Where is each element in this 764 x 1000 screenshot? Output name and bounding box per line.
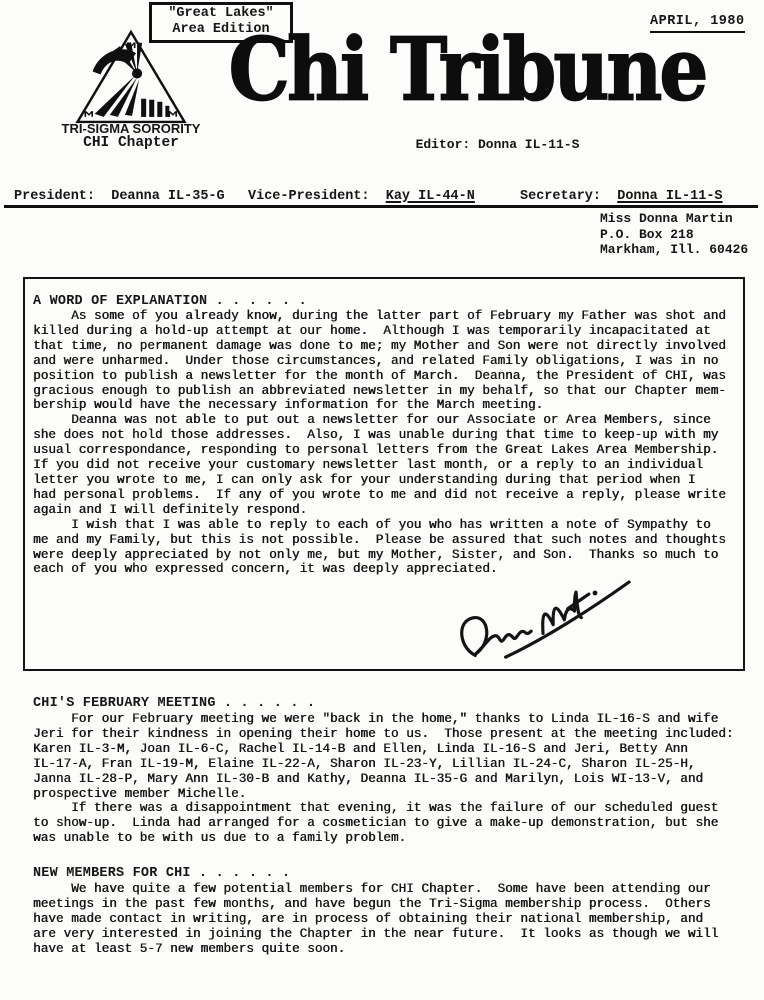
officer-president: President: Deanna IL-35-G	[14, 189, 225, 204]
section-heading-explanation: A WORD OF EXPLANATION . . . . . .	[33, 294, 739, 309]
editor-address: Miss Donna Martin P.O. Box 218 Markham, …	[600, 211, 748, 258]
section-heading-new-members: NEW MEMBERS FOR CHI . . . . . .	[33, 866, 755, 881]
newsletter-page: "Great Lakes" Area Edition APRIL, 1980 Σ…	[0, 0, 764, 1000]
secretary-label: Secretary:	[520, 189, 617, 204]
section-new-members: NEW MEMBERS FOR CHI . . . . . . We have …	[33, 866, 755, 957]
president-name: Deanna IL-35-G	[111, 189, 224, 204]
secretary-name: Donna IL-11-S	[617, 189, 722, 204]
signature-donna-martin	[443, 580, 643, 662]
section-heading-february-meeting: CHI'S FEBRUARY MEETING . . . . . .	[33, 696, 755, 711]
chapter-name: CHI Chapter	[52, 135, 210, 151]
section-body-explanation: As some of you already know, during the …	[33, 309, 739, 577]
svg-text:Σ: Σ	[82, 110, 95, 118]
vp-label: Vice-President:	[248, 189, 386, 204]
vp-name: Kay IL-44-N	[386, 189, 475, 204]
sorority-name: TRI-SIGMA SORORITY	[52, 121, 210, 136]
president-label: President:	[14, 189, 111, 204]
newsletter-title: Chi Tribune	[222, 20, 712, 121]
officer-vice-president: Vice-President: Kay IL-44-N	[248, 189, 475, 204]
header-rule	[4, 205, 758, 208]
editor-line: Editor: Donna IL-11-S	[270, 137, 725, 152]
section-body-new-members: We have quite a few potential members fo…	[33, 882, 755, 957]
officer-secretary: Secretary: Donna IL-11-S	[520, 189, 723, 204]
tri-sigma-logo-icon: Σ Σ Σ	[70, 29, 190, 125]
section-body-february-meeting: For our February meeting we were "back i…	[33, 712, 755, 846]
section-february-meeting: CHI'S FEBRUARY MEETING . . . . . . For o…	[33, 696, 755, 846]
